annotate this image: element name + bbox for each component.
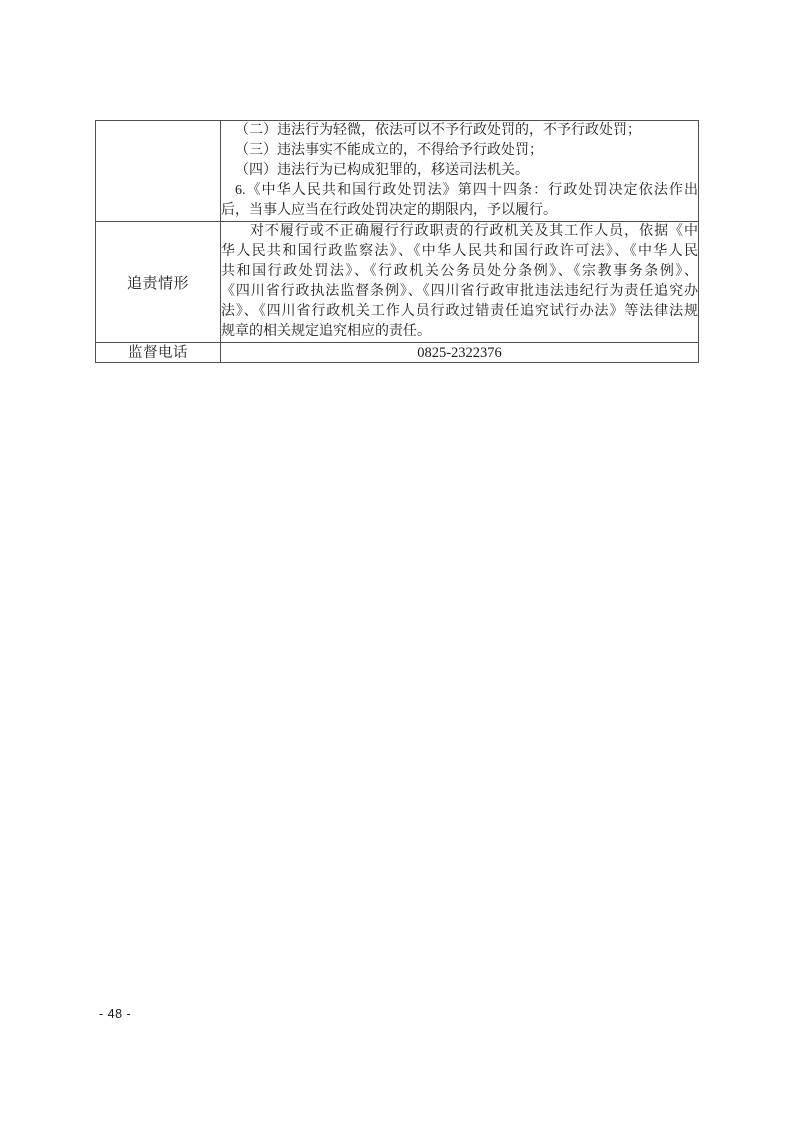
page-number: - 48 - bbox=[99, 1007, 131, 1021]
row-label-cell-accountability: 追责情形 bbox=[96, 222, 221, 343]
supervision-phone-number: 0825-2322376 bbox=[221, 343, 699, 363]
content-line: （二）违法行为轻微，依法可以不予行政处罚的，不予行政处罚； bbox=[221, 121, 698, 141]
table-row-accountability: 追责情形 对不履行或不正确履行行政职责的行政机关及其工作人员，依据《中 华人民共… bbox=[96, 222, 699, 343]
content-line: 对不履行或不正确履行行政职责的行政机关及其工作人员，依据《中 bbox=[221, 222, 698, 242]
content-line: 规章的相关规定追究相应的责任。 bbox=[221, 322, 698, 342]
content-line: 后，当事人应当在行政处罚决定的期限内，予以履行。 bbox=[221, 201, 698, 221]
row-content-cell-legal-basis: （二）违法行为轻微，依法可以不予行政处罚的，不予行政处罚； （三）违法事实不能成… bbox=[221, 121, 699, 222]
document-page: （二）违法行为轻微，依法可以不予行政处罚的，不予行政处罚； （三）违法事实不能成… bbox=[0, 0, 793, 1122]
content-line: 法》、《四川省行政机关工作人员行政过错责任追究试行办法》等法律法规 bbox=[221, 302, 698, 322]
content-line: （三）违法事实不能成立的，不得给予行政处罚； bbox=[221, 141, 698, 161]
table-row-legal-basis-continuation: （二）违法行为轻微，依法可以不予行政处罚的，不予行政处罚； （三）违法事实不能成… bbox=[96, 121, 699, 222]
table-row-supervision-phone: 监督电话 0825-2322376 bbox=[96, 343, 699, 363]
content-line: 华人民共和国行政监察法》、《中华人民共和国行政许可法》、《中华人民 bbox=[221, 242, 698, 262]
row-content-cell-accountability: 对不履行或不正确履行行政职责的行政机关及其工作人员，依据《中 华人民共和国行政监… bbox=[221, 222, 699, 343]
content-line: 共和国行政处罚法》、《行政机关公务员处分条例》、《宗教事务条例》、 bbox=[221, 262, 698, 282]
content-line: （四）违法行为已构成犯罪的，移送司法机关。 bbox=[221, 161, 698, 181]
row-label-cell-empty bbox=[96, 121, 221, 222]
content-line: 《四川省行政执法监督条例》、《四川省行政审批违法违纪行为责任追究办 bbox=[221, 282, 698, 302]
penalty-info-table: （二）违法行为轻微，依法可以不予行政处罚的，不予行政处罚； （三）违法事实不能成… bbox=[95, 120, 699, 363]
row-label-cell-supervision-phone: 监督电话 bbox=[96, 343, 221, 363]
content-line: 6.《中华人民共和国行政处罚法》第四十四条：行政处罚决定依法作出 bbox=[221, 181, 698, 201]
